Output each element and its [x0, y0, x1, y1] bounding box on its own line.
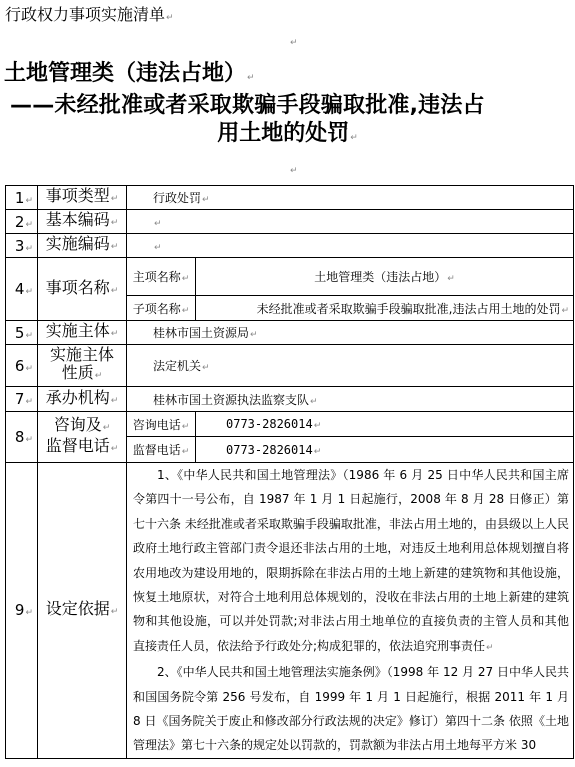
table-row: 9↵ 设定依据↵ 1、《中华人民共和国土地管理法》（1986 年 6 月 25 … [6, 463, 574, 759]
title-line-1-text: 土地管理类（违法占地） [4, 61, 246, 86]
paragraph-mark-icon: ↵ [95, 371, 103, 381]
table-row: 1↵ 事项类型↵ 行政处罚↵ [6, 186, 574, 210]
row-value: 法定机关↵ [127, 345, 574, 387]
paragraph-mark-icon: ↵ [111, 286, 119, 296]
title-line-3-text: 用土地的处罚 [217, 121, 349, 146]
paragraph-mark-icon: ↵ [111, 194, 119, 204]
table-row: 7↵ 承办机构↵ 桂林市国土资源执法监察支队↵ [6, 387, 574, 412]
row-number: 1↵ [6, 186, 38, 210]
title-line-3: 用土地的处罚↵ [0, 120, 575, 152]
row-label-line-2: 监督电话↵ [38, 437, 126, 458]
paragraph-mark-icon: ↵ [310, 397, 318, 407]
row-label: 基本编码↵ [38, 210, 127, 234]
paragraph-mark-icon: ↵ [25, 244, 33, 254]
table-row: 5↵ 实施主体↵ 桂林市国土资源局↵ [6, 321, 574, 345]
row-number: 6↵ [6, 345, 38, 387]
paragraph-mark-icon: ↵ [154, 243, 162, 253]
paragraph-mark-icon: ↵ [182, 274, 190, 284]
row-label: 设定依据↵ [38, 463, 127, 759]
legal-basis-paragraph-2: 2、《中华人民共和国土地管理法实施条例》（1998 年 12 月 27 日中华人… [133, 660, 569, 758]
paragraph-mark-icon: ↵ [314, 447, 322, 457]
row-number: 2↵ [6, 210, 38, 234]
paragraph-mark-icon: ↵ [25, 331, 33, 341]
paragraph-mark-icon: ↵ [447, 274, 455, 284]
row-label: 事项类型↵ [38, 186, 127, 210]
row-number: 8↵ [6, 412, 38, 463]
paragraph-mark-icon: ↵ [290, 166, 298, 176]
consult-phone-value: 0773-2826014↵ [196, 412, 574, 437]
paragraph-mark-icon: ↵ [247, 73, 255, 83]
document-header: 行政权力事项实施清单↵ [5, 5, 174, 28]
paragraph-mark-icon: ↵ [111, 396, 119, 406]
paragraph-mark-icon: ↵ [111, 607, 119, 617]
paragraph-mark-icon: ↵ [182, 422, 190, 432]
row-value: 桂林市国土资源执法监察支队↵ [127, 387, 574, 412]
paragraph-mark-icon: ↵ [182, 306, 190, 316]
paragraph-mark-icon: ↵ [250, 330, 258, 340]
supervise-phone-value: 0773-2826014↵ [196, 437, 574, 463]
row-value: 行政处罚↵ [127, 186, 574, 210]
paragraph-mark-icon: ↵ [202, 195, 210, 205]
row-label: 实施编码↵ [38, 234, 127, 258]
paragraph-mark-icon: ↵ [25, 287, 33, 297]
sub-label-supervise-phone: 监督电话↵ [127, 437, 196, 463]
paragraph-mark-icon: ↵ [111, 242, 119, 252]
sub-label-consult-phone: 咨询电话↵ [127, 412, 196, 437]
legal-basis-text: 1、《中华人民共和国土地管理法》（1986 年 6 月 25 日中华人民共和国主… [127, 463, 574, 759]
row-value: ↵ [127, 210, 574, 234]
row-label-line-1: 实施主体 [38, 346, 126, 364]
paragraph-mark-icon: ↵ [25, 220, 33, 230]
table-row: 4↵ 事项名称↵ 主项名称↵ 土地管理类（违法占地）↵ [6, 258, 574, 296]
row-value: 桂林市国土资源局↵ [127, 321, 574, 345]
paragraph-mark-icon: ↵ [290, 38, 298, 48]
table-row: 6↵ 实施主体性质↵ 法定机关↵ [6, 345, 574, 387]
row-number: 9↵ [6, 463, 38, 759]
title-line-1: 土地管理类（违法占地）↵ [0, 60, 575, 92]
document-title: 土地管理类（违法占地）↵ ——未经批准或者采取欺骗手段骗取批准,违法占 用土地的… [0, 60, 575, 152]
row-label: 事项名称↵ [38, 258, 127, 321]
row-number: 5↵ [6, 321, 38, 345]
paragraph-mark-icon: ↵ [166, 13, 174, 23]
paragraph-mark-icon: ↵ [314, 421, 322, 431]
paragraph-mark-icon: ↵ [103, 423, 111, 433]
sub-value-main-item: 土地管理类（违法占地）↵ [196, 258, 574, 296]
row-label-line-2: 性质↵ [38, 364, 126, 385]
paragraph-mark-icon: ↵ [25, 196, 33, 206]
row-number: 3↵ [6, 234, 38, 258]
row-label: 咨询及↵监督电话↵ [38, 412, 127, 463]
row-label-line-1: 咨询及↵ [38, 416, 126, 437]
row-label: 实施主体↵ [38, 321, 127, 345]
row-label: 承办机构↵ [38, 387, 127, 412]
sub-value-sub-item: 未经批准或者采取欺骗手段骗取批准,违法占用土地的处罚↵ [196, 296, 574, 321]
title-line-2: ——未经批准或者采取欺骗手段骗取批准,违法占 [0, 92, 575, 120]
sub-label-main-item: 主项名称↵ [127, 258, 196, 296]
row-number: 7↵ [6, 387, 38, 412]
row-label: 实施主体性质↵ [38, 345, 127, 387]
sub-label-sub-item: 子项名称↵ [127, 296, 196, 321]
paragraph-mark-icon: ↵ [111, 329, 119, 339]
paragraph-mark-icon: ↵ [25, 608, 33, 618]
paragraph-mark-icon: ↵ [486, 643, 494, 653]
paragraph-mark-icon: ↵ [154, 219, 162, 229]
paragraph-mark-icon: ↵ [111, 444, 119, 454]
row-number: 4↵ [6, 258, 38, 321]
paragraph-mark-icon: ↵ [350, 133, 358, 143]
paragraph-mark-icon: ↵ [25, 397, 33, 407]
document-header-text: 行政权力事项实施清单 [5, 5, 165, 24]
legal-basis-paragraph-1: 1、《中华人民共和国土地管理法》（1986 年 6 月 25 日中华人民共和国主… [133, 463, 569, 660]
paragraph-mark-icon: ↵ [182, 447, 190, 457]
table-row: 2↵ 基本编码↵ ↵ [6, 210, 574, 234]
table-row: 3↵ 实施编码↵ ↵ [6, 234, 574, 258]
paragraph-mark-icon: ↵ [25, 364, 33, 374]
paragraph-mark-icon: ↵ [111, 218, 119, 228]
table-row: 8↵ 咨询及↵监督电话↵ 咨询电话↵ 0773-2826014↵ [6, 412, 574, 437]
paragraph-mark-icon: ↵ [25, 435, 33, 445]
item-table: 1↵ 事项类型↵ 行政处罚↵ 2↵ 基本编码↵ ↵ 3↵ 实施编码↵ ↵ 4↵ … [5, 185, 574, 759]
row-value: ↵ [127, 234, 574, 258]
paragraph-mark-icon: ↵ [202, 363, 210, 373]
paragraph-mark-icon: ↵ [561, 306, 569, 316]
